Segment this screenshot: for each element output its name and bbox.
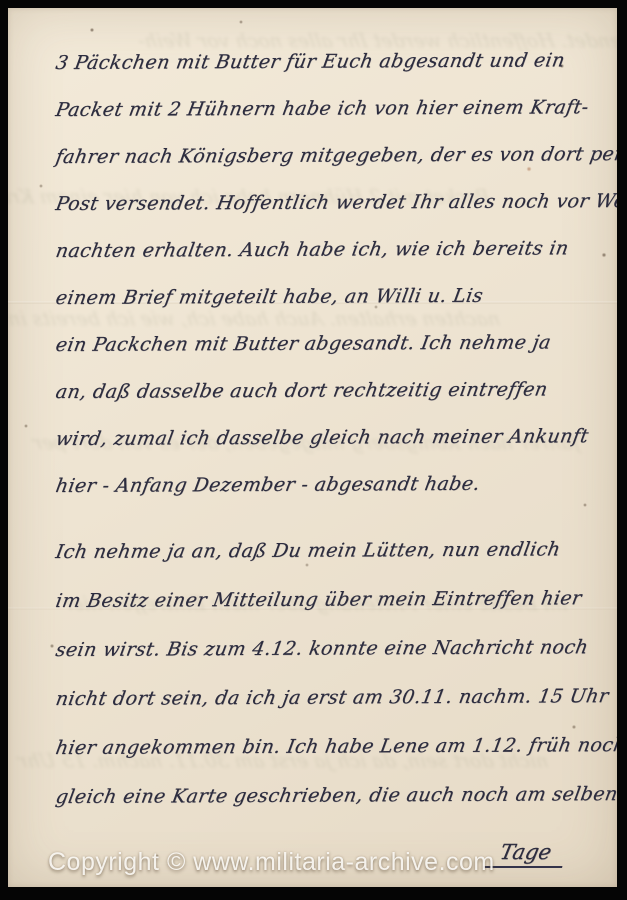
handwritten-line: wird, zumal ich dasselbe gleich nach mei…	[54, 425, 590, 450]
bleed-through-text: nachten erhalten. Auch habe ich, wie ich…	[8, 308, 502, 330]
handwritten-line: hier angekommen bin. Ich habe Lene am 1.…	[54, 734, 617, 759]
handwritten-line: im Besitz einer Mitteilung über mein Ein…	[54, 587, 583, 612]
handwritten-line: 3 Päckchen mit Butter für Euch abgesandt…	[54, 49, 567, 74]
handwritten-line: Packet mit 2 Hühnern habe ich von hier e…	[54, 96, 590, 121]
handwritten-line: an, daß dasselbe auch dort rechtzeitig e…	[54, 378, 549, 403]
handwritten-line: sein wirst. Bis zum 4.12. konnte eine Na…	[54, 636, 590, 661]
letter-page: Post versendet. Hoffentlich werdet Ihr a…	[8, 8, 617, 887]
handwritten-line: gleich eine Karte geschrieben, die auch …	[54, 783, 617, 808]
handwritten-line: nicht dort sein, da ich ja erst am 30.11…	[54, 685, 610, 710]
handwritten-line: hier - Anfang Dezember - abgesandt habe.	[54, 473, 482, 497]
handwritten-line: Post versendet. Hoffentlich werdet Ihr a…	[54, 190, 617, 215]
handwritten-line: einem Brief mitgeteilt habe, an Willi u.…	[54, 285, 485, 309]
scan-root: { "scan": { "description": "Scanned page…	[0, 0, 627, 900]
handwritten-line: nachten erhalten. Auch habe ich, wie ich…	[54, 237, 570, 262]
handwritten-line: Ich nehme ja an, daß Du mein Lütten, nun…	[54, 538, 562, 563]
watermark: Copyright © www.militaria-archive.com	[48, 848, 495, 877]
handwritten-line: ein Packchen mit Butter abgesandt. Ich n…	[54, 331, 553, 356]
catchword: Tage	[483, 840, 568, 868]
handwritten-line: fahrer nach Königsberg mitgegeben, der e…	[54, 143, 617, 168]
